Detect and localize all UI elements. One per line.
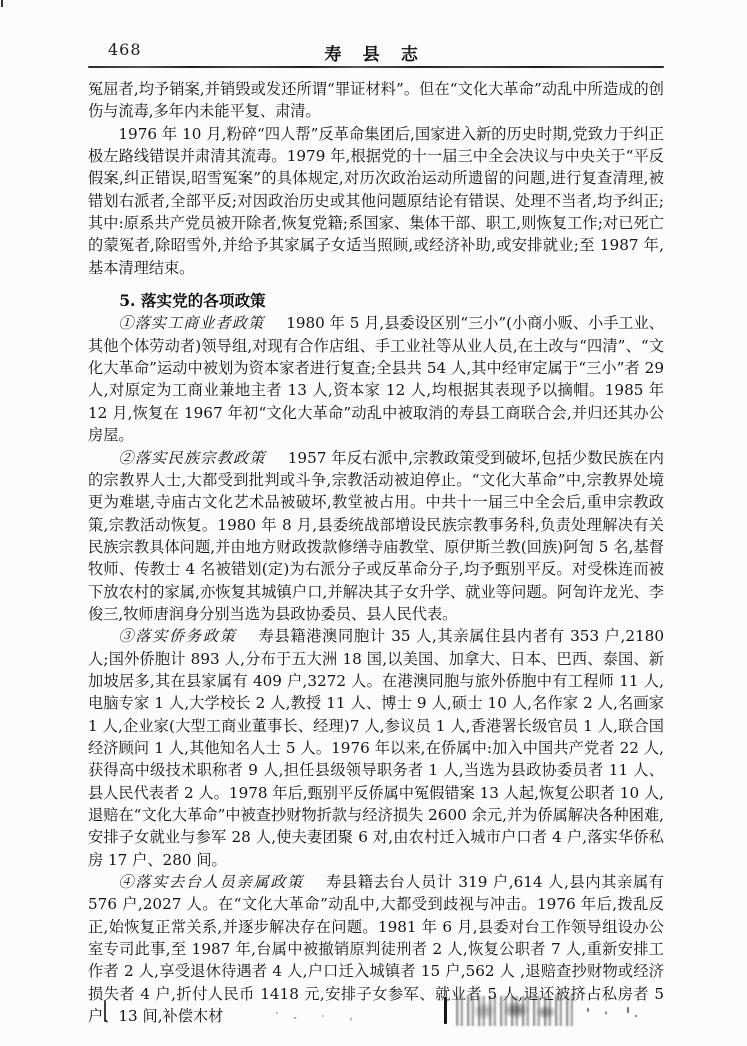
page-text-body: 冤屈者,均予销案,并销毁或发还所谓“罪证材料”。但在“文化大革命”动乱中所造成的… (88, 78, 664, 1027)
book-title: 寿 县 志 (88, 40, 662, 65)
paragraph-policy-industry: ①落实工商业者政策1980 年 5 月,县委设区别“三小”(小商小贩、小手工业、… (88, 312, 664, 446)
policy-text-religion: 1957 年反右派中,宗教政策受到破坏,包括少数民族在内的宗教界人士,大都受到批… (88, 449, 664, 623)
header-rule (88, 66, 664, 68)
scan-artifact-top-left-tick (1, 0, 3, 7)
policy-lead-overseas: ③落实侨务政策 (118, 627, 236, 645)
policy-lead-taiwan: ④落实去台人员亲属政策 (118, 873, 304, 891)
policy-text-overseas: 寿县籍港澳同胞计 35 人,其亲属住县内者有 353 户,2180 人;国外侨胞… (88, 627, 664, 868)
policy-lead-religion: ②落实民族宗教政策 (118, 449, 265, 467)
paragraph-policy-religion: ②落实民族宗教政策1957 年反右派中,宗教政策受到破坏,包括少数民族在内的宗教… (88, 447, 664, 626)
paragraph-policy-taiwan: ④落实去台人员亲属政策寿县籍去台人员计 319 户,614 人,县内其亲属有 5… (88, 871, 664, 1027)
scanned-book-page: 468 寿 县 志 冤屈者,均予销案,并销毁或发还所谓“罪证材料”。但在“文化大… (0, 0, 747, 1046)
page-header: 468 寿 县 志 (88, 40, 662, 64)
policy-lead-industry: ①落实工商业者政策 (118, 314, 264, 332)
paragraph-rehabilitation: 1976 年 10 月,粉碎“四人帮”反革命集团后,国家进入新的历史时期,党致力… (88, 123, 664, 279)
policy-text-industry: 1980 年 5 月,县委设区别“三小”(小商小贩、小手工业、其他个体劳动者)领… (88, 314, 664, 444)
policy-text-taiwan: 寿县籍去台人员计 319 户,614 人,县内其亲属有 576 户,2027 人… (88, 873, 664, 1025)
paragraph-carryover: 冤屈者,均予销案,并销毁或发还所谓“罪证材料”。但在“文化大革命”动乱中所造成的… (88, 78, 664, 123)
paragraph-policy-overseas: ③落实侨务政策寿县籍港澳同胞计 35 人,其亲属住县内者有 353 户,2180… (88, 625, 664, 871)
section-heading: 5. 落实党的各项政策 (88, 290, 664, 312)
